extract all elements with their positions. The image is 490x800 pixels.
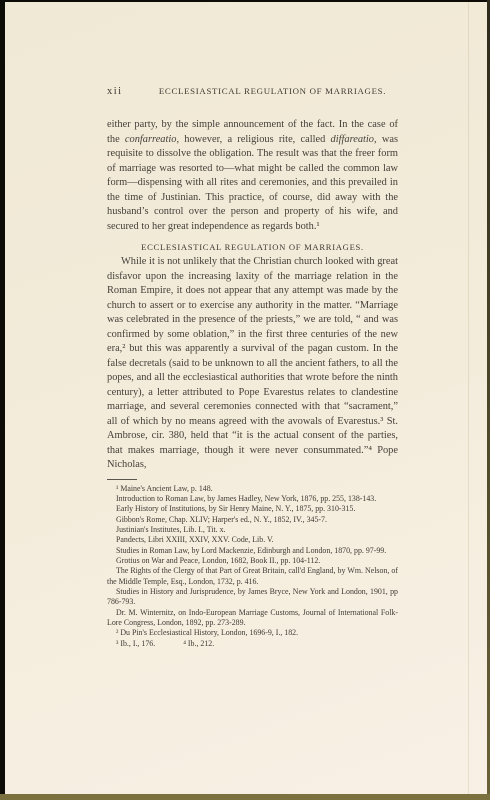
running-head: xii ECCLESIASTICAL REGULATION OF MARRIAG… bbox=[107, 86, 398, 97]
text-segment: , was requisite to dissolve the obligati… bbox=[107, 134, 398, 232]
scan-edge-bottom bbox=[0, 794, 490, 800]
italic-term-confarreatio: confarreatio bbox=[125, 134, 177, 145]
paragraph-1: either party, by the simple announcement… bbox=[107, 118, 398, 234]
footnote-line: Early History of Institutions, by Sir He… bbox=[107, 504, 398, 514]
footnote-separator bbox=[107, 479, 137, 480]
footnote-line: Grotius on War and Peace, London, 1682, … bbox=[107, 556, 398, 566]
footnote-line: Dr. M. Winternitz, on Indo-European Marr… bbox=[107, 608, 398, 629]
footnote-line: Pandects, Libri XXIII, XXIV, XXV. Code, … bbox=[107, 535, 398, 545]
paragraph-2: While it is not unlikely that the Christ… bbox=[107, 255, 398, 473]
running-title: ECCLESIASTICAL REGULATION OF MARRIAGES. bbox=[147, 86, 398, 96]
footnotes: ¹ Maine's Ancient Law, p. 148.Introducti… bbox=[107, 484, 398, 639]
footnote-line: ² Du Pin's Ecclesiastical History, Londo… bbox=[107, 628, 398, 638]
footnote-ref-3: ³ Ib., I., 176. bbox=[116, 639, 155, 648]
footnote-line: ³ Ib., I., 176.⁴ Ib., 212. bbox=[107, 639, 398, 649]
book-page: xii ECCLESIASTICAL REGULATION OF MARRIAG… bbox=[5, 2, 487, 794]
footnote-ref-4: ⁴ Ib., 212. bbox=[183, 639, 214, 648]
page-number: xii bbox=[107, 86, 147, 97]
footnote-line: ¹ Maine's Ancient Law, p. 148. bbox=[107, 484, 398, 494]
footnote-line: Studies in History and Jurisprudence, by… bbox=[107, 587, 398, 608]
footnote-line: The Rights of the Clergy of that Part of… bbox=[107, 566, 398, 587]
footnote-line: Justinian's Institutes, Lib. I., Tit. x. bbox=[107, 525, 398, 535]
text-segment: , however, a religious rite, called bbox=[176, 134, 330, 145]
book-page-scan: xii ECCLESIASTICAL REGULATION OF MARRIAG… bbox=[0, 0, 490, 800]
italic-term-diffareatio: diffareatio bbox=[331, 134, 375, 145]
footnote-line: Studies in Roman Law, by Lord Mackenzie,… bbox=[107, 546, 398, 556]
section-heading: ECCLESIASTICAL REGULATION OF MARRIAGES. bbox=[107, 242, 398, 252]
page-content: xii ECCLESIASTICAL REGULATION OF MARRIAG… bbox=[107, 86, 398, 649]
footnote-line: Gibbon's Rome, Chap. XLIV; Harper's ed.,… bbox=[107, 515, 398, 525]
footnote-line: Introduction to Roman Law, by James Hadl… bbox=[107, 494, 398, 504]
